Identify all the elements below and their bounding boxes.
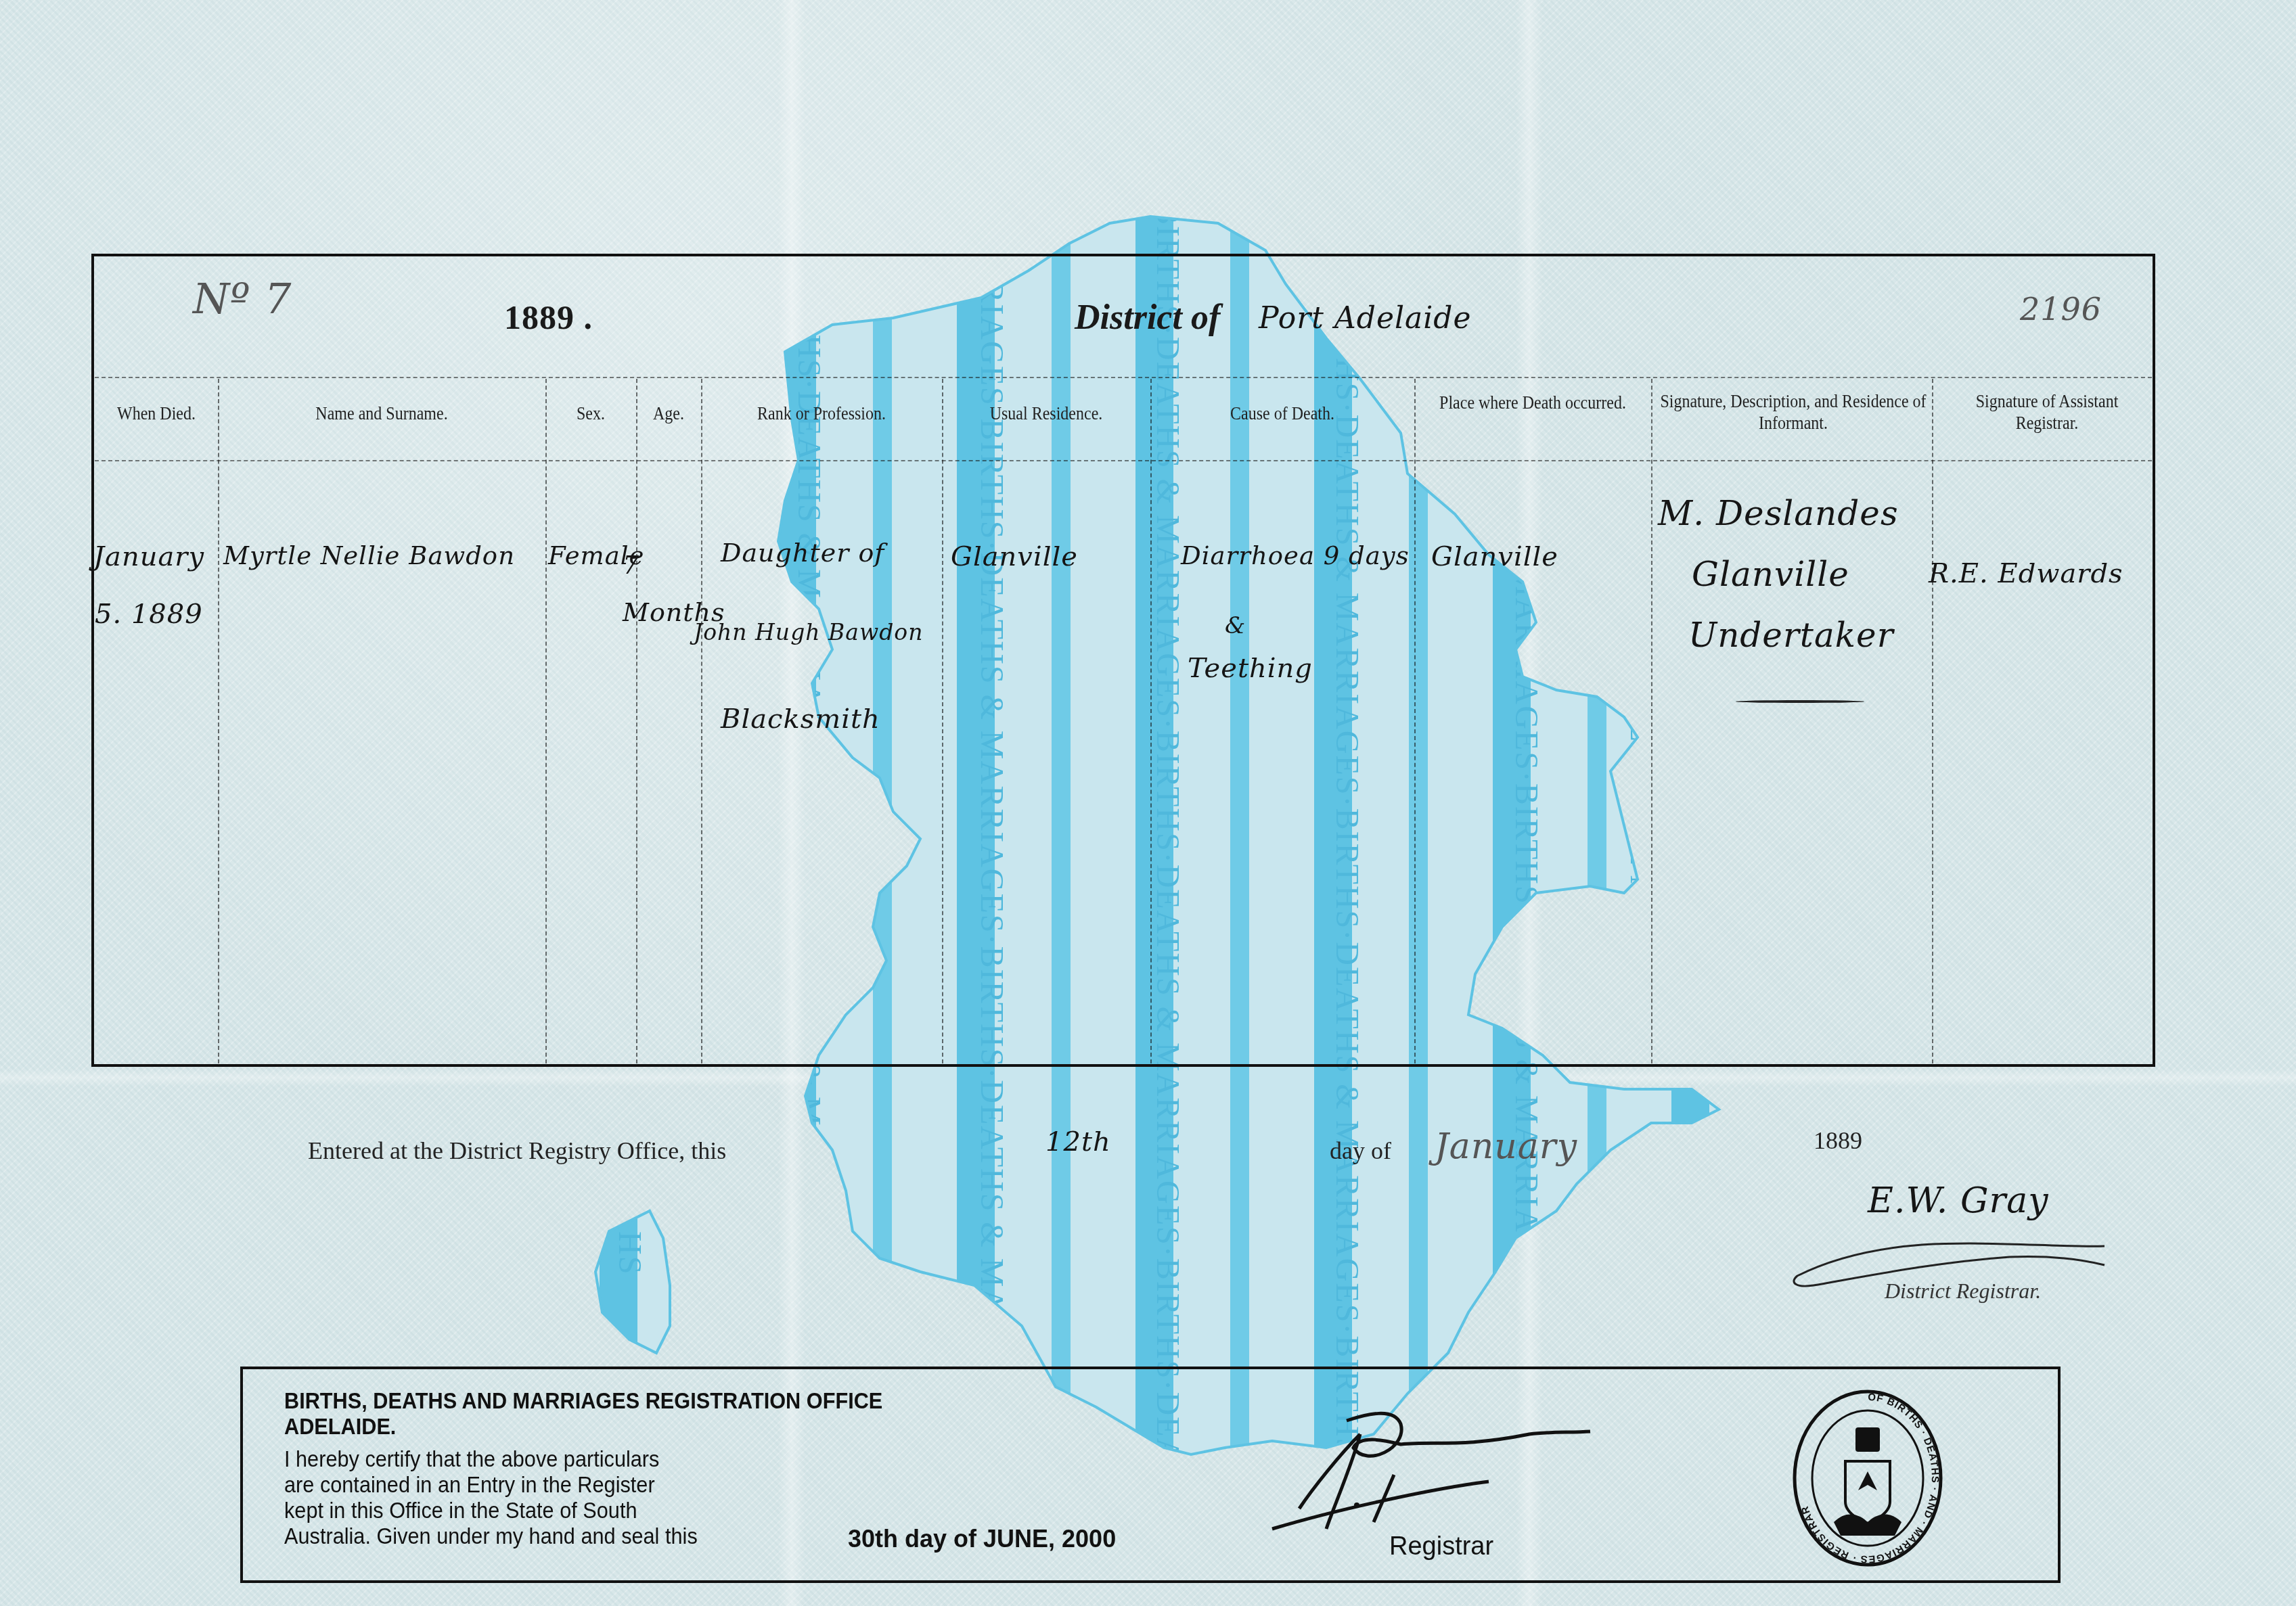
district-label: District of bbox=[1075, 298, 1220, 338]
office-name: BIRTHS, DEATHS AND MARRIAGES REGISTRATIO… bbox=[284, 1388, 882, 1414]
register-entry-table bbox=[91, 254, 2155, 1067]
entry-rank-line1: Daughter of bbox=[721, 538, 884, 568]
registrar-seal-icon: OF BIRTHS · DEATHS · AND · MARRIAGES · R… bbox=[1790, 1387, 1945, 1569]
informant-underline bbox=[1736, 700, 1864, 703]
entry-age: 7 Months bbox=[623, 541, 690, 636]
entry-when-died-date: 5. 1889 bbox=[95, 599, 203, 630]
column-header-name: Name and Surname. bbox=[218, 403, 545, 424]
column-header-when-died: When Died. bbox=[95, 403, 218, 424]
column-header-age: Age. bbox=[636, 403, 701, 424]
district-registrar-signature: E.W. Gray bbox=[1868, 1180, 2049, 1221]
column-header-place: Place where Death occurred. bbox=[1428, 392, 1638, 413]
column-divider bbox=[701, 379, 702, 1063]
column-header-assistant-registrar: Signature of Assistant Registrar. bbox=[1949, 392, 2145, 434]
column-divider bbox=[636, 379, 637, 1063]
registration-year: 1889 bbox=[1814, 1126, 1862, 1155]
entry-informant-residence: Glanville bbox=[1692, 555, 1849, 594]
entry-cause-line3: Teething bbox=[1188, 653, 1313, 684]
issue-date: 30th day of JUNE, 2000 bbox=[848, 1525, 1116, 1553]
column-header-cause: Cause of Death. bbox=[1150, 403, 1414, 424]
column-divider bbox=[1414, 379, 1416, 1063]
day-of-label: day of bbox=[1330, 1137, 1391, 1165]
certification-line-2: are contained in an Entry in the Registe… bbox=[284, 1472, 655, 1498]
column-divider bbox=[218, 379, 219, 1063]
entry-number: Nº 7 bbox=[193, 274, 292, 323]
column-header-sex: Sex. bbox=[545, 403, 636, 424]
certification-line-1: I hereby certify that the above particul… bbox=[284, 1446, 659, 1472]
district-value: Port Adelaide bbox=[1259, 301, 1472, 336]
column-divider bbox=[1651, 379, 1652, 1063]
registration-month: January bbox=[1435, 1126, 1577, 1167]
entry-rank-line2: John Hugh Bawdon bbox=[694, 619, 923, 645]
entry-cause-line1: Diarrhoea 9 days bbox=[1181, 541, 1410, 570]
district-registrar-label: District Registrar. bbox=[1885, 1279, 2041, 1304]
folio-number: 2196 bbox=[2020, 291, 2102, 327]
certification-line-3: kept in this Office in the State of Sout… bbox=[284, 1498, 637, 1523]
column-header-informant: Signature, Description, and Residence of… bbox=[1658, 392, 1929, 434]
column-header-residence: Usual Residence. bbox=[942, 403, 1150, 424]
column-divider bbox=[545, 379, 547, 1063]
register-year: 1889 . bbox=[504, 298, 593, 337]
entry-assistant-registrar-signature: R.E. Edwards bbox=[1929, 558, 2123, 589]
column-divider bbox=[1932, 379, 1933, 1063]
entered-statement: Entered at the District Registry Office,… bbox=[308, 1137, 726, 1165]
column-header-rank: Rank or Profession. bbox=[701, 403, 942, 424]
office-city: ADELAIDE. bbox=[284, 1414, 396, 1440]
entry-name: Myrtle Nellie Bawdon bbox=[223, 541, 515, 570]
registration-day: 12th bbox=[1045, 1126, 1111, 1157]
entry-residence: Glanville bbox=[951, 541, 1078, 572]
entry-informant-name: M. Deslandes bbox=[1658, 494, 1899, 533]
header-rule-top bbox=[95, 377, 2152, 378]
column-divider bbox=[942, 379, 943, 1063]
header-rule-bottom bbox=[95, 460, 2152, 461]
registrar-signature bbox=[1259, 1394, 1611, 1536]
column-divider bbox=[1150, 379, 1152, 1063]
certification-line-4: Australia. Given under my hand and seal … bbox=[284, 1523, 698, 1549]
entry-cause-amp: & bbox=[1225, 612, 1246, 639]
entry-when-died-month: January bbox=[93, 541, 204, 572]
paper-fold bbox=[0, 1069, 2296, 1086]
entry-informant-description: Undertaker bbox=[1688, 616, 1894, 655]
entry-place: Glanville bbox=[1431, 541, 1558, 572]
entry-rank-line3: Blacksmith bbox=[721, 704, 880, 735]
registrar-label: Registrar bbox=[1389, 1532, 1493, 1561]
